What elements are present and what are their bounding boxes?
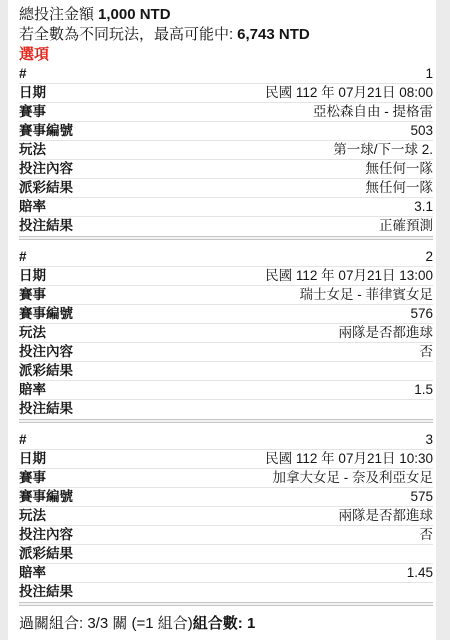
total-bet-value: 1,000 NTD [98, 6, 171, 23]
row-value: 加拿大女足 - 奈及利亞女足 [273, 469, 434, 487]
row-value: 否 [420, 343, 434, 361]
bet-tables: #1日期民國 112 年 07月21日 08:00賽事亞松森自由 - 提格雷賽事… [19, 65, 433, 606]
bet-row: 投注內容否 [19, 526, 433, 545]
bet-row: 玩法兩隊是否都進球 [19, 507, 433, 526]
row-value: 否 [420, 526, 434, 544]
bet-row: 賽事編號503 [19, 122, 433, 141]
row-value: 2 [425, 248, 433, 266]
bet-slip: 總投注金額1,000 NTD 若全數為不同玩法，最高可能中:6,743 NTD … [8, 0, 436, 640]
row-label: 日期 [19, 450, 46, 468]
parlay-combo-text: 過關組合: 3/3 關 (=1 組合) [19, 615, 193, 632]
bet-row: 派彩結果 [19, 545, 433, 564]
bet-row: 賽事加拿大女足 - 奈及利亞女足 [19, 469, 433, 488]
row-label: 派彩結果 [19, 179, 73, 197]
row-value: 民國 112 年 07月21日 08:00 [265, 84, 433, 102]
bet-table: #1日期民國 112 年 07月21日 08:00賽事亞松森自由 - 提格雷賽事… [19, 65, 433, 235]
max-potential-value: 6,743 NTD [237, 26, 310, 43]
table-divider [19, 602, 433, 606]
row-value: 兩隊是否都進球 [339, 324, 434, 342]
row-label: 派彩結果 [19, 545, 73, 563]
row-label: 投注結果 [19, 400, 73, 418]
bet-row: 玩法兩隊是否都進球 [19, 324, 433, 343]
bet-row: #1 [19, 65, 433, 84]
bet-row: 投注結果 [19, 583, 433, 601]
max-potential-win: 若全數為不同玩法，最高可能中:6,743 NTD [19, 25, 433, 45]
total-bet-label: 總投注金額 [19, 6, 94, 23]
row-label: 賽事編號 [19, 122, 73, 140]
bet-row: 投注內容無任何一隊 [19, 160, 433, 179]
bet-row: 賽事瑞士女足 - 菲律賓女足 [19, 286, 433, 305]
bet-row: 日期民國 112 年 07月21日 08:00 [19, 84, 433, 103]
bet-row: 玩法第一球/下一球 2. [19, 141, 433, 160]
row-label: 投注內容 [19, 343, 73, 361]
row-label: 玩法 [19, 324, 46, 342]
row-value: 民國 112 年 07月21日 10:30 [265, 450, 433, 468]
row-label: 賽事 [19, 286, 46, 304]
bet-row: 投注結果 [19, 400, 433, 418]
row-label: 賠率 [19, 381, 46, 399]
bet-row: 賠率1.5 [19, 381, 433, 400]
bet-row: 賽事編號575 [19, 488, 433, 507]
row-value: 瑞士女足 - 菲律賓女足 [300, 286, 434, 304]
row-value: 無任何一隊 [366, 160, 434, 178]
bet-table: #3日期民國 112 年 07月21日 10:30賽事加拿大女足 - 奈及利亞女… [19, 431, 433, 601]
bet-row: #2 [19, 248, 433, 267]
row-value: 503 [410, 122, 433, 140]
row-value: 1 [425, 65, 433, 83]
max-potential-label: 若全數為不同玩法，最高可能中: [19, 26, 233, 43]
row-value: 575 [410, 488, 433, 506]
bet-row: 投注內容否 [19, 343, 433, 362]
bet-row: 日期民國 112 年 07月21日 13:00 [19, 267, 433, 286]
row-label: # [19, 65, 27, 83]
row-label: 玩法 [19, 141, 46, 159]
row-value: 無任何一隊 [366, 179, 434, 197]
bet-row: 投注結果正確預測 [19, 217, 433, 235]
row-value: 亞松森自由 - 提格雷 [313, 103, 433, 121]
row-label: 玩法 [19, 507, 46, 525]
row-value: 第一球/下一球 2. [333, 141, 433, 159]
row-label: 投注內容 [19, 526, 73, 544]
row-value: 1.45 [407, 564, 433, 582]
parlay-summary: 過關組合: 3/3 關 (=1 組合)組合數: 1 [19, 614, 433, 634]
table-divider [19, 419, 433, 423]
row-label: 日期 [19, 267, 46, 285]
row-value: 兩隊是否都進球 [339, 507, 434, 525]
options-heading: 選項 [19, 45, 433, 65]
row-value: 3.1 [414, 198, 433, 216]
table-divider [19, 236, 433, 240]
bet-row: 派彩結果 [19, 362, 433, 381]
bet-table: #2日期民國 112 年 07月21日 13:00賽事瑞士女足 - 菲律賓女足賽… [19, 248, 433, 418]
row-value: 1.5 [414, 381, 433, 399]
bet-row: 賽事亞松森自由 - 提格雷 [19, 103, 433, 122]
row-label: 賽事編號 [19, 488, 73, 506]
row-value: 民國 112 年 07月21日 13:00 [265, 267, 433, 285]
bet-row: 賠率1.45 [19, 564, 433, 583]
row-label: 賠率 [19, 564, 46, 582]
bet-row: #3 [19, 431, 433, 450]
row-label: 賠率 [19, 198, 46, 216]
row-value: 正確預測 [379, 217, 433, 235]
row-value: 576 [410, 305, 433, 323]
row-label: 賽事 [19, 103, 46, 121]
row-label: 投注內容 [19, 160, 73, 178]
row-label: 日期 [19, 84, 46, 102]
row-label: 投注結果 [19, 583, 73, 601]
row-value: 3 [425, 431, 433, 449]
row-label: # [19, 431, 27, 449]
bet-row: 賽事編號576 [19, 305, 433, 324]
total-bet-amount: 總投注金額1,000 NTD [19, 5, 433, 25]
row-label: # [19, 248, 27, 266]
row-label: 賽事 [19, 469, 46, 487]
bet-row: 日期民國 112 年 07月21日 10:30 [19, 450, 433, 469]
combo-count-text: 組合數: 1 [193, 615, 256, 632]
row-label: 投注結果 [19, 217, 73, 235]
row-label: 派彩結果 [19, 362, 73, 380]
row-label: 賽事編號 [19, 305, 73, 323]
bet-row: 賠率3.1 [19, 198, 433, 217]
bet-row: 派彩結果無任何一隊 [19, 179, 433, 198]
